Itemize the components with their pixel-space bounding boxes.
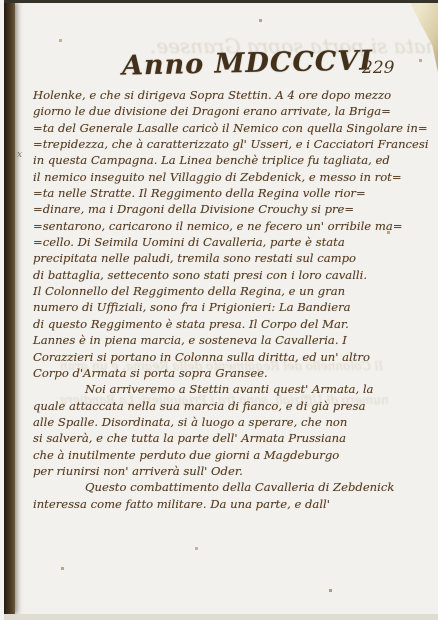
margin-mark: x [17,150,22,160]
manuscript-line: Holenke, e che si dirigeva Sopra Stettin… [33,87,431,103]
scan-edge-bottom [0,614,438,620]
scan-edge-top [0,0,438,3]
manuscript-line: che à inutilmente perduto due giorni a M… [33,447,431,463]
manuscript-line: si salverà, e che tutta la parte dell' A… [33,430,431,446]
page-number: 229 [362,58,394,78]
manuscript-line: =dinare, ma i Dragoni della Divisione Cr… [33,201,431,217]
book-binding-edge [4,2,15,614]
scan-edge-left [0,0,4,620]
manuscript-line: Il Colonnello del Reggimento della Regin… [33,283,431,299]
manuscript-line: =ta nelle Stratte. Il Reggimento della R… [33,185,431,201]
manuscript-line: per riunirsi non' arriverà sull' Oder. [33,463,431,479]
manuscript-line: alle Spalle. Disordinata, si à luogo a s… [33,414,431,430]
manuscript-line: in questa Campagna. La Linea benchè trip… [33,152,431,168]
manuscript-line: numero di Uffiziali, sono fra i Prigioni… [33,299,431,315]
manuscript-line: di battaglia, settecento sono stati pres… [33,267,431,283]
manuscript-line: Noi arriveremo a Stettin avanti quest' A… [33,381,431,397]
manuscript-line: Corpo d'Armata si porta sopra Gransee. [33,365,431,381]
manuscript-line: =trepidezza, che à caratterizzato gl' Us… [33,136,431,152]
manuscript-line: di questo Reggimento è stata presa. Il C… [33,316,431,332]
year-heading: Anno MDCCCVI [122,45,374,81]
manuscript-scan: Corpo d'Armata si porta sopra Gransee. I… [0,0,438,620]
manuscript-line: Corazzieri si portano in Colonna sulla d… [33,349,431,365]
manuscript-line: Lannes è in piena marcia, e sosteneva la… [33,332,431,348]
manuscript-line: Questo combattimento della Cavalleria di… [33,479,431,495]
manuscript-text: Holenke, e che si dirigeva Sopra Stettin… [33,87,431,512]
manuscript-line: =ta del Generale Lasalle caricò il Nemic… [33,120,431,136]
manuscript-line: il nemico inseguito nel Villaggio di Zeb… [33,169,431,185]
manuscript-line: giorno le due divisione dei Dragoni eran… [33,103,431,119]
manuscript-line: =sentarono, caricarono il nemico, e ne f… [33,218,431,234]
manuscript-line: quale attaccata nella sua marcia di fian… [33,398,431,414]
manuscript-line: interessa come fatto militare. Da una pa… [33,496,431,512]
manuscript-line: =cello. Di Seimila Uomini di Cavalleria,… [33,234,431,250]
manuscript-line: precipitata nelle paludi, tremila sono r… [33,250,431,266]
